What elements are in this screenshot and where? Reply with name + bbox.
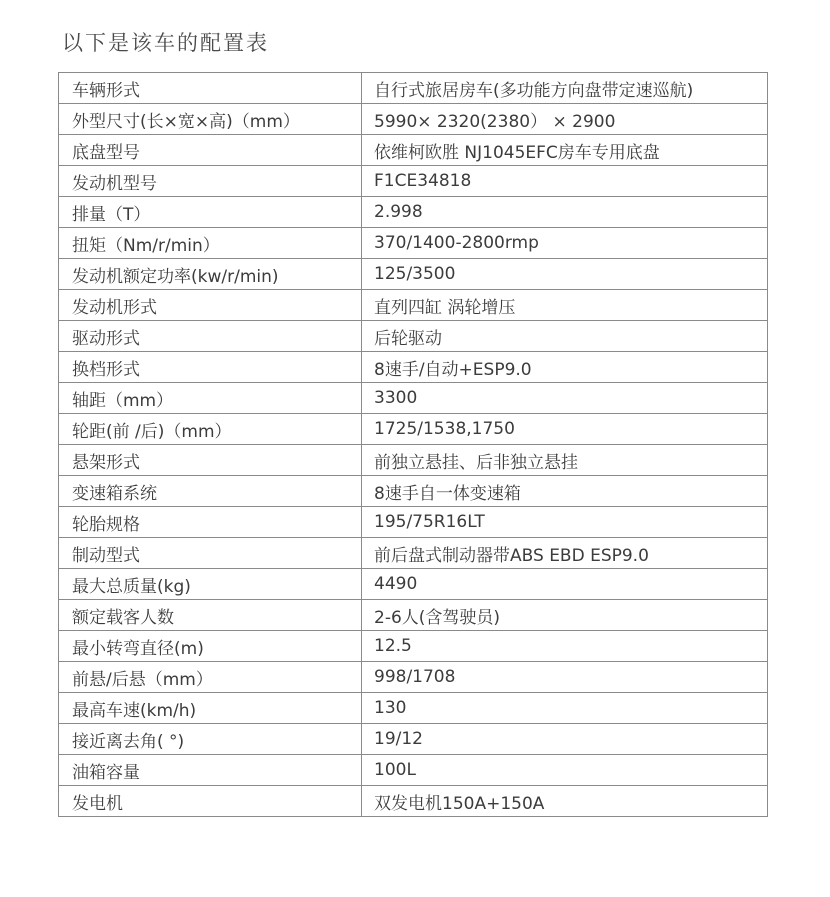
table-row: 变速箱系统8速手自一体变速箱 (59, 476, 768, 507)
table-row: 发电机双发电机150A+150A (59, 786, 768, 817)
spec-label: 制动型式 (59, 538, 362, 569)
spec-label: 接近离去角( °) (59, 724, 362, 755)
spec-value: 直列四缸 涡轮增压 (362, 290, 768, 321)
spec-value: 自行式旅居房车(多功能方向盘带定速巡航) (362, 73, 768, 104)
spec-label: 驱动形式 (59, 321, 362, 352)
spec-label: 换档形式 (59, 352, 362, 383)
spec-label: 悬架形式 (59, 445, 362, 476)
spec-label: 发动机额定功率(kw/r/min) (59, 259, 362, 290)
table-row: 悬架形式前独立悬挂、后非独立悬挂 (59, 445, 768, 476)
spec-value: 1725/1538,1750 (362, 414, 768, 445)
spec-value: 130 (362, 693, 768, 724)
table-row: 发动机额定功率(kw/r/min)125/3500 (59, 259, 768, 290)
spec-label: 前悬/后悬（mm） (59, 662, 362, 693)
table-row: 发动机型号F1CE34818 (59, 166, 768, 197)
spec-label: 外型尺寸(长×宽×高)（mm） (59, 104, 362, 135)
spec-value: 370/1400-2800rmp (362, 228, 768, 259)
spec-label: 轴距（mm） (59, 383, 362, 414)
spec-label: 轮距(前 /后)（mm） (59, 414, 362, 445)
page-title: 以下是该车的配置表 (62, 27, 269, 57)
spec-label: 车辆形式 (59, 73, 362, 104)
spec-value: 195/75R16LT (362, 507, 768, 538)
spec-value: 前后盘式制动器带ABS EBD ESP9.0 (362, 538, 768, 569)
spec-value: 100L (362, 755, 768, 786)
spec-table-body: 车辆形式自行式旅居房车(多功能方向盘带定速巡航)外型尺寸(长×宽×高)（mm）5… (59, 73, 768, 817)
spec-value: F1CE34818 (362, 166, 768, 197)
table-row: 最小转弯直径(m)12.5 (59, 631, 768, 662)
spec-label: 油箱容量 (59, 755, 362, 786)
table-row: 外型尺寸(长×宽×高)（mm）5990× 2320(2380） × 2900 (59, 104, 768, 135)
table-row: 油箱容量100L (59, 755, 768, 786)
spec-label: 底盘型号 (59, 135, 362, 166)
table-row: 制动型式前后盘式制动器带ABS EBD ESP9.0 (59, 538, 768, 569)
spec-label: 最高车速(km/h) (59, 693, 362, 724)
spec-value: 2.998 (362, 197, 768, 228)
table-row: 车辆形式自行式旅居房车(多功能方向盘带定速巡航) (59, 73, 768, 104)
spec-value: 依维柯欧胜 NJ1045EFC房车专用底盘 (362, 135, 768, 166)
spec-label: 扭矩（Nm/r/min） (59, 228, 362, 259)
table-row: 发动机形式直列四缸 涡轮增压 (59, 290, 768, 321)
spec-value: 3300 (362, 383, 768, 414)
table-row: 驱动形式后轮驱动 (59, 321, 768, 352)
spec-label: 额定载客人数 (59, 600, 362, 631)
table-row: 轮距(前 /后)（mm）1725/1538,1750 (59, 414, 768, 445)
spec-value: 8速手/自动+ESP9.0 (362, 352, 768, 383)
spec-value: 8速手自一体变速箱 (362, 476, 768, 507)
table-row: 接近离去角( °)19/12 (59, 724, 768, 755)
table-row: 额定载客人数2-6人(含驾驶员) (59, 600, 768, 631)
table-row: 轴距（mm）3300 (59, 383, 768, 414)
spec-value: 998/1708 (362, 662, 768, 693)
spec-label: 发电机 (59, 786, 362, 817)
table-row: 扭矩（Nm/r/min）370/1400-2800rmp (59, 228, 768, 259)
spec-table: 车辆形式自行式旅居房车(多功能方向盘带定速巡航)外型尺寸(长×宽×高)（mm）5… (58, 72, 768, 817)
spec-label: 变速箱系统 (59, 476, 362, 507)
table-row: 最大总质量(kg)4490 (59, 569, 768, 600)
spec-label: 最大总质量(kg) (59, 569, 362, 600)
table-row: 轮胎规格195/75R16LT (59, 507, 768, 538)
spec-value: 12.5 (362, 631, 768, 662)
table-row: 换档形式8速手/自动+ESP9.0 (59, 352, 768, 383)
spec-value: 前独立悬挂、后非独立悬挂 (362, 445, 768, 476)
spec-label: 轮胎规格 (59, 507, 362, 538)
spec-value: 125/3500 (362, 259, 768, 290)
spec-value: 19/12 (362, 724, 768, 755)
spec-label: 发动机型号 (59, 166, 362, 197)
spec-value: 双发电机150A+150A (362, 786, 768, 817)
spec-label: 排量（T） (59, 197, 362, 228)
spec-label: 发动机形式 (59, 290, 362, 321)
table-row: 最高车速(km/h)130 (59, 693, 768, 724)
table-row: 排量（T）2.998 (59, 197, 768, 228)
table-row: 底盘型号依维柯欧胜 NJ1045EFC房车专用底盘 (59, 135, 768, 166)
table-row: 前悬/后悬（mm）998/1708 (59, 662, 768, 693)
spec-value: 2-6人(含驾驶员) (362, 600, 768, 631)
spec-label: 最小转弯直径(m) (59, 631, 362, 662)
spec-value: 5990× 2320(2380） × 2900 (362, 104, 768, 135)
spec-value: 后轮驱动 (362, 321, 768, 352)
spec-value: 4490 (362, 569, 768, 600)
